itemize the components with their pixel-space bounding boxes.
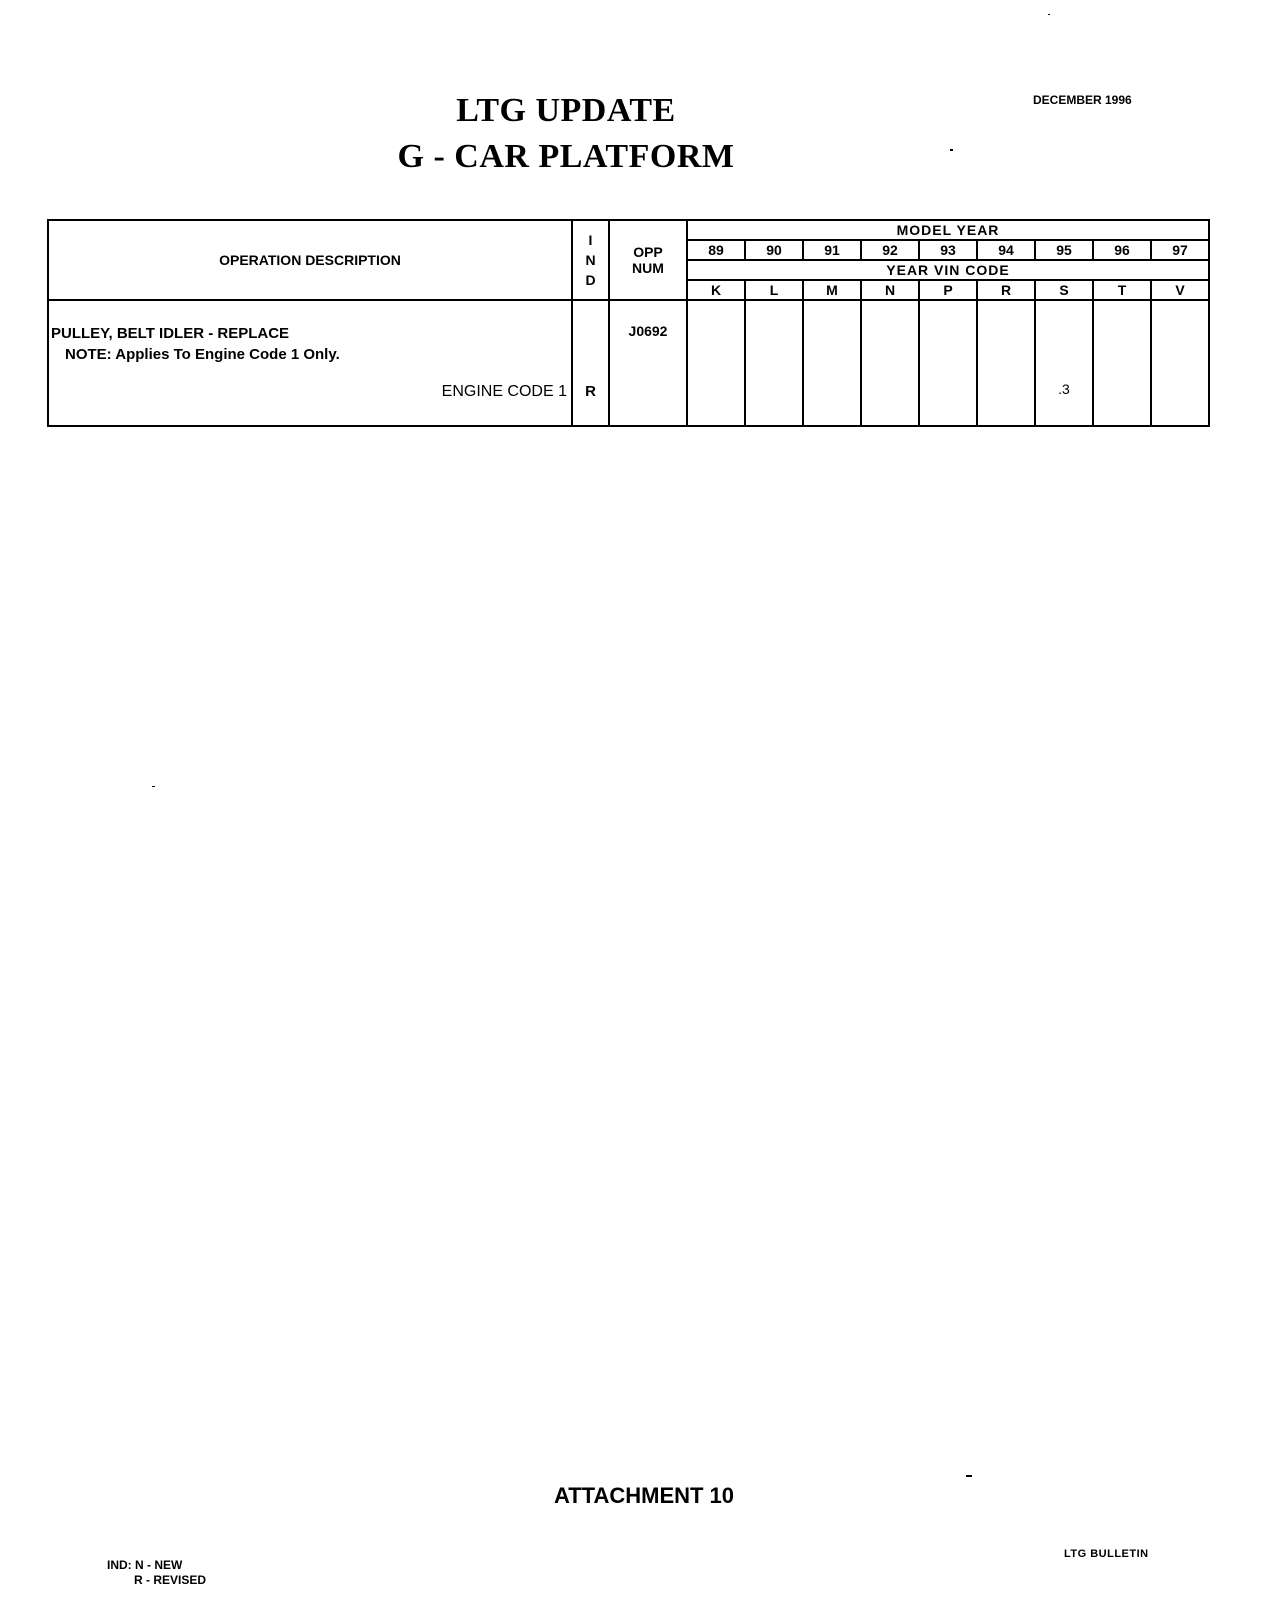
vin-code-cell: V xyxy=(1151,280,1209,300)
labor-time-cell xyxy=(803,300,861,426)
model-year-cell: 97 xyxy=(1151,240,1209,260)
row-ind: R xyxy=(572,300,609,426)
vin-code-cell: S xyxy=(1035,280,1093,300)
model-year-cell: 89 xyxy=(687,240,745,260)
labor-time-cell: .3 xyxy=(1035,300,1093,426)
header-operation-description: OPERATION DESCRIPTION xyxy=(48,220,572,300)
vin-code-cell: K xyxy=(687,280,745,300)
model-year-cell: 90 xyxy=(745,240,803,260)
engine-code-label: ENGINE CODE 1 xyxy=(442,383,567,401)
model-year-cell: 95 xyxy=(1035,240,1093,260)
labor-time-cell xyxy=(745,300,803,426)
bulletin-label: LTG BULLETIN xyxy=(1064,1548,1149,1560)
labor-time-cell xyxy=(919,300,977,426)
header-opp-num: OPP NUM xyxy=(609,220,687,300)
vin-code-cell: L xyxy=(745,280,803,300)
vin-code-cell: R xyxy=(977,280,1035,300)
operation-name: PULLEY, BELT IDLER - REPLACE xyxy=(51,325,289,342)
operation-note: NOTE: Applies To Engine Code 1 Only. xyxy=(65,346,340,363)
vin-code-cell: M xyxy=(803,280,861,300)
scan-speck xyxy=(1048,14,1050,15)
labor-time-cell xyxy=(687,300,745,426)
model-year-cell: 96 xyxy=(1093,240,1151,260)
vin-code-cell: P xyxy=(919,280,977,300)
vin-code-cell: N xyxy=(861,280,919,300)
model-year-cell: 94 xyxy=(977,240,1035,260)
labor-time-cell xyxy=(977,300,1035,426)
scan-speck xyxy=(152,786,155,787)
header-ind: I N D xyxy=(572,220,609,300)
scan-speck xyxy=(950,149,953,151)
row-description: PULLEY, BELT IDLER - REPLACE NOTE: Appli… xyxy=(48,300,572,426)
labor-time-cell xyxy=(1151,300,1209,426)
labor-time-table: OPERATION DESCRIPTION I N D OPP NUM MODE… xyxy=(47,219,1210,427)
document-title: LTG UPDATE xyxy=(0,92,1198,130)
vin-code-cell: T xyxy=(1093,280,1151,300)
model-year-cell: 93 xyxy=(919,240,977,260)
model-year-cell: 92 xyxy=(861,240,919,260)
document-subtitle: G - CAR PLATFORM xyxy=(0,138,1198,176)
header-model-year: MODEL YEAR xyxy=(687,220,1209,240)
labor-time-cell xyxy=(1093,300,1151,426)
ind-legend: IND: N - NEW R - REVISED xyxy=(107,1558,206,1588)
model-year-cell: 91 xyxy=(803,240,861,260)
labor-time-cell xyxy=(861,300,919,426)
attachment-label: ATTACHMENT 10 xyxy=(12,1483,1264,1509)
header-year-vin-code: YEAR VIN CODE xyxy=(687,260,1209,280)
scan-speck xyxy=(966,1475,972,1477)
row-opp-num: J0692 xyxy=(609,300,687,426)
document-date: DECEMBER 1996 xyxy=(1033,93,1132,107)
